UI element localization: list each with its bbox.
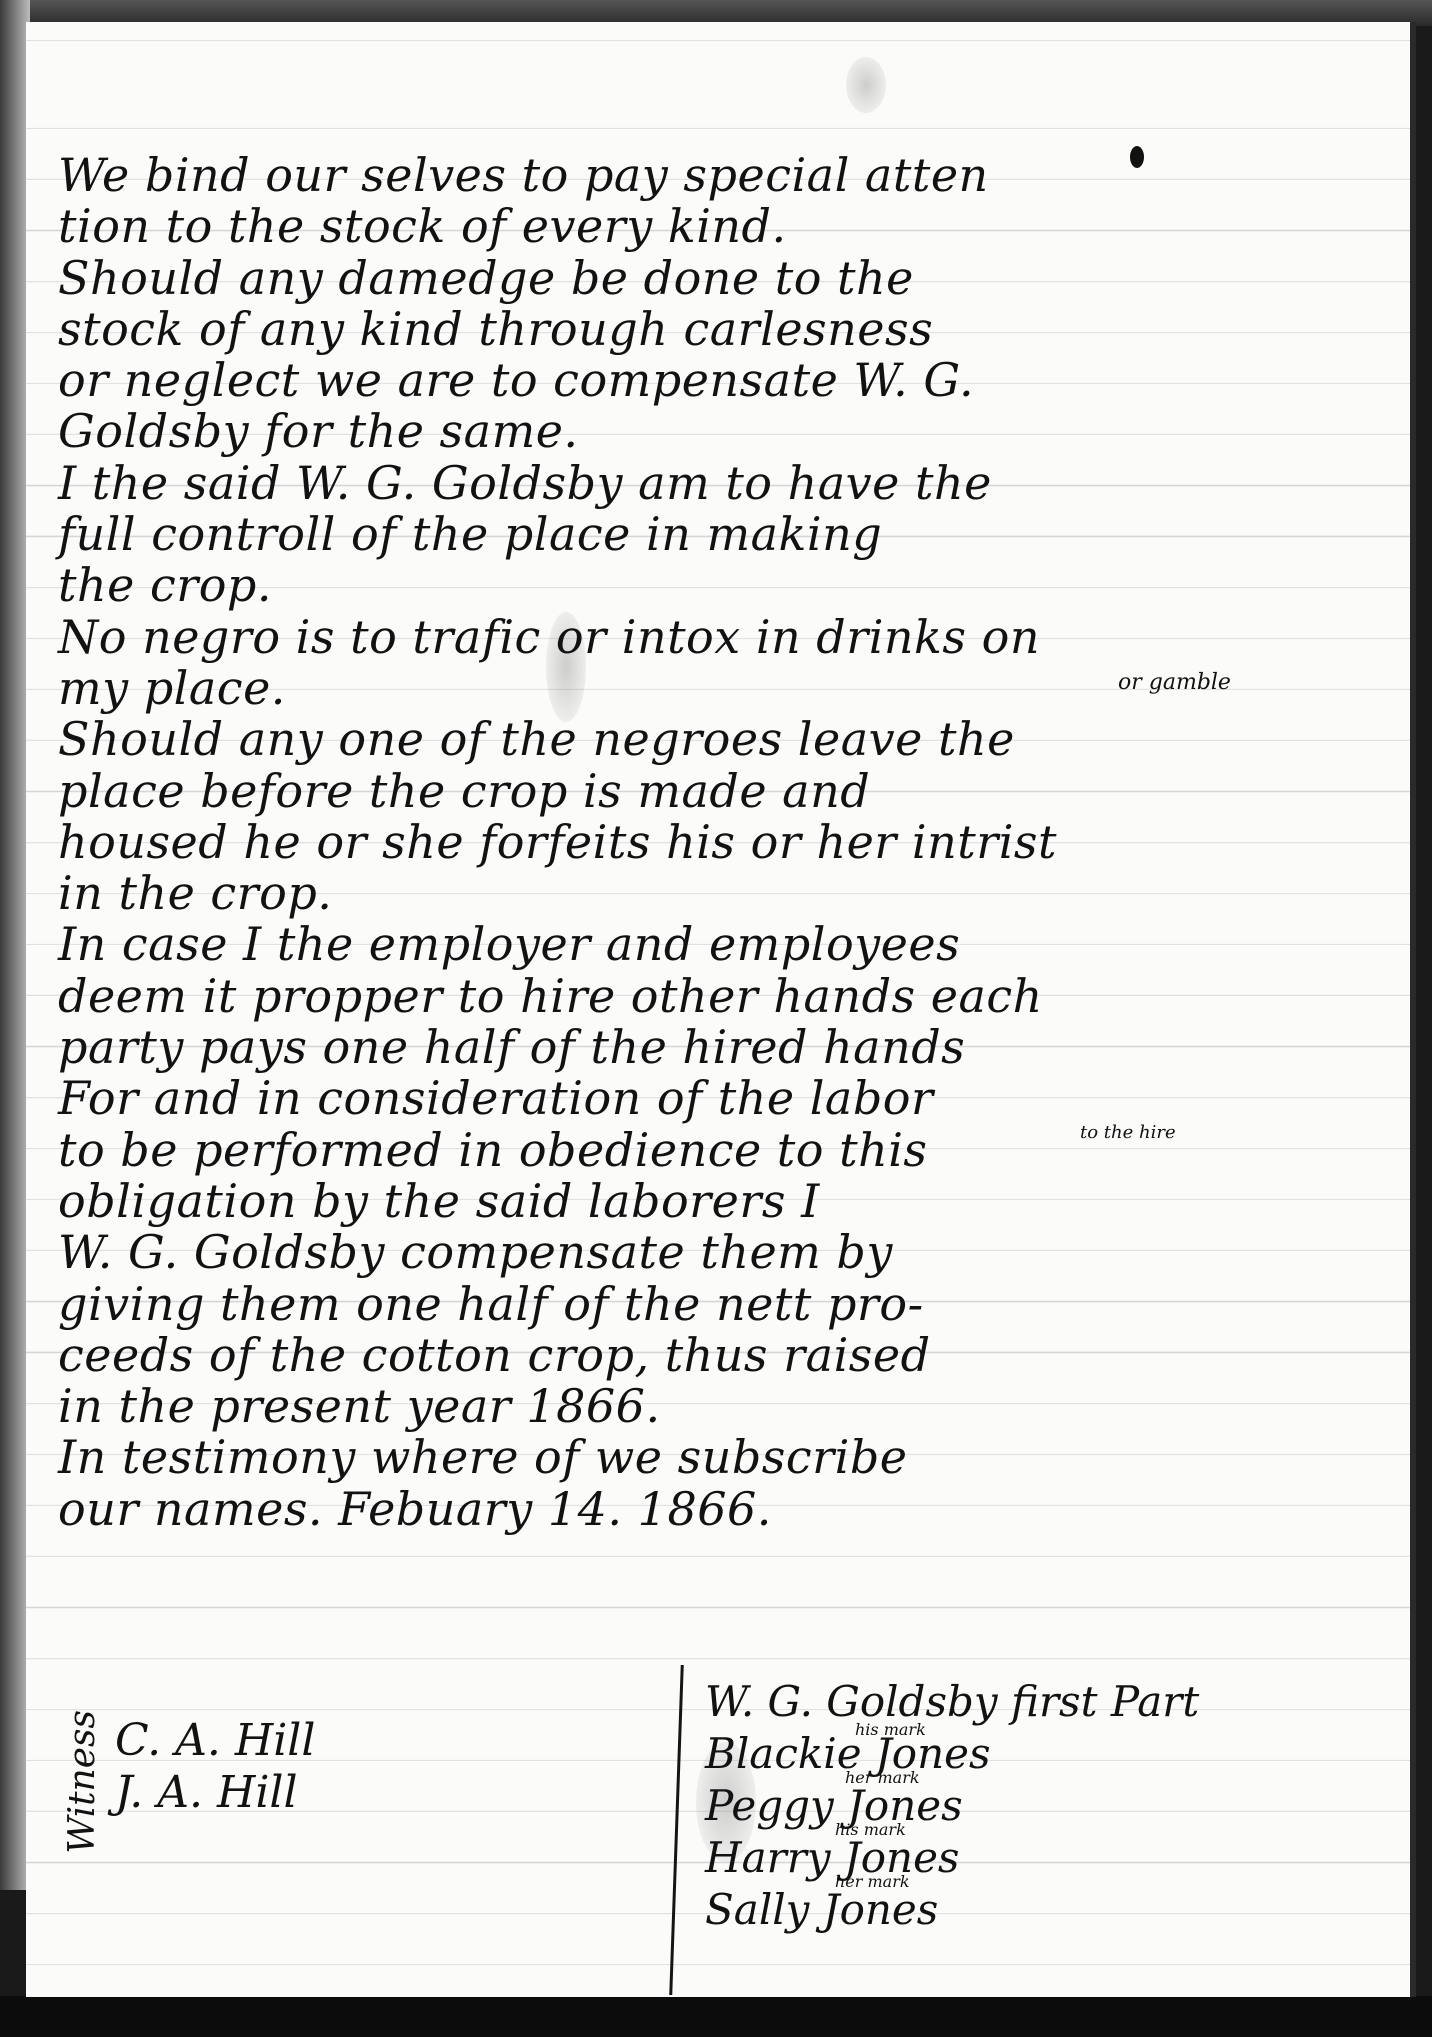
signatory-signature: Peggy Jones her mark [705,1780,1199,1832]
witness-signature: C. A. Hill [115,1715,315,1767]
text-line: giving them one half of the nett pro- [58,1279,1418,1330]
text-line: obligation by the said laborers I [58,1176,1418,1227]
text-line: Should any damedge be done to the [58,253,1418,304]
text-line: Goldsby for the same. [58,406,1418,457]
text-line: in the present year 1866. [58,1381,1418,1432]
text-line: W. G. Goldsby compensate them by [58,1227,1418,1278]
text-line: I the said W. G. Goldsby am to have the [58,458,1418,509]
witness-signature: J. A. Hill [115,1767,315,1819]
text-line: For and in consideration of the labor [58,1073,1418,1124]
smudge-mark [846,57,886,113]
date-line: our names. Febuary 14. 1866. [58,1484,1418,1535]
signatory-name: Harry Jones [705,1833,959,1882]
text-line: ceeds of the cotton crop, thus raised [58,1330,1418,1381]
text-line: deem it propper to hire other hands each [58,971,1418,1022]
contract-body: We bind our selves to pay special atten … [58,150,1418,1535]
text-line: In testimony where of we subscribe [58,1432,1418,1483]
signatory-mark: her mark [845,1770,920,1786]
party-signatures: W. G. Goldsby first Part Blackie Jones h… [705,1676,1199,1936]
witness-signatures: C. A. Hill J. A. Hill [115,1715,315,1819]
interlinear-insertion: or gamble [1118,670,1231,695]
text-line: No negro is to trafic or intox in drinks… [58,610,1040,664]
text-line: full controll of the place in making [58,509,1418,560]
text-line: We bind our selves to pay special atten [58,150,1418,201]
signatory-mark: his mark [835,1822,906,1838]
text-line: tion to the stock of every kind. [58,201,1418,252]
signatory-mark: her mark [835,1874,910,1890]
interlinear-insertion: to the hire [1080,1122,1176,1143]
text-line: in the crop. [58,868,1418,919]
signatory-name: Sally Jones [705,1885,938,1934]
text-line: In case I the employer and employees [58,919,1418,970]
first-party-signature: W. G. Goldsby first Part [705,1676,1199,1728]
text-line: party pays one half of the hired hands [58,1022,1418,1073]
scan-bottom-edge [0,1996,1432,2037]
text-line: place before the crop is made and [58,766,1418,817]
text-line-with-insertion: No negro is to trafic or intox in drinks… [58,612,1418,663]
signatory-signature: Sally Jones her mark [705,1884,1199,1936]
text-line: housed he or she forfeits his or her int… [58,817,1418,868]
text-line: the crop. [58,560,1418,611]
signatory-mark: his mark [855,1722,926,1738]
text-line: stock of any kind through carlesness [58,304,1418,355]
witness-label: Witness [62,1710,103,1900]
signatory-signature: Harry Jones his mark [705,1832,1199,1884]
text-line: to be performed in obedience to this [58,1125,1418,1176]
text-line: or neglect we are to compensate W. G. [58,355,1418,406]
signatory-name: Peggy Jones [705,1781,963,1830]
text-line: Should any one of the negroes leave the [58,714,1418,765]
signatory-signature: Blackie Jones his mark [705,1728,1199,1780]
